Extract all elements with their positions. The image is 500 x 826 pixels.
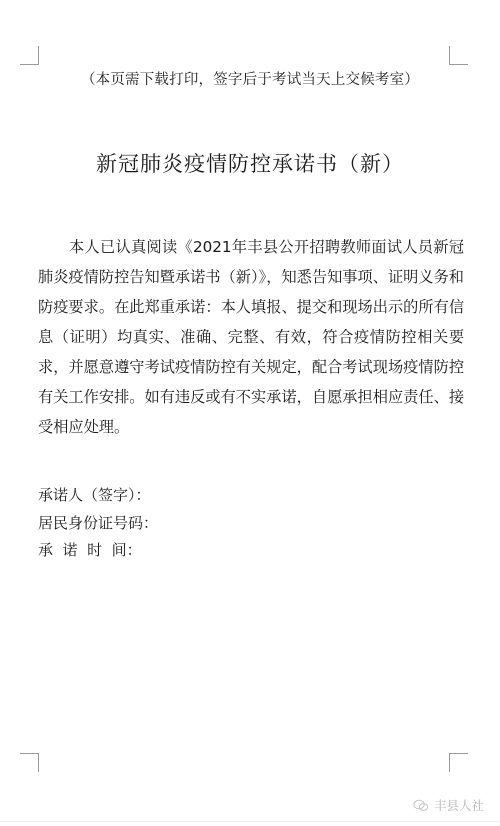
crop-mark-top-left <box>20 46 39 65</box>
signature-field-signer: 承诺人（签字）： <box>38 482 158 510</box>
signature-field-date: 承 诺 时 间： <box>38 537 158 565</box>
print-note: （本页需下载打印，签字后于考试当天上交候考室） <box>0 68 500 89</box>
wechat-icon <box>413 799 429 812</box>
commitment-paragraph: 本人已认真阅读《2021年丰县公开招聘教师面试人员新冠肺炎疫情防控告知暨承诺书（… <box>38 232 464 442</box>
bottom-divider <box>0 821 500 822</box>
signature-field-id-number: 居民身份证号码： <box>38 510 158 538</box>
watermark: 丰县人社 <box>413 796 484 814</box>
crop-mark-top-right <box>449 46 468 65</box>
crop-mark-bottom-left <box>20 753 39 772</box>
signature-section: 承诺人（签字）： 居民身份证号码： 承 诺 时 间： <box>38 482 158 565</box>
watermark-text: 丰县人社 <box>434 796 484 814</box>
crop-mark-bottom-right <box>449 753 468 772</box>
page-title: 新冠肺炎疫情防控承诺书（新） <box>0 148 500 178</box>
